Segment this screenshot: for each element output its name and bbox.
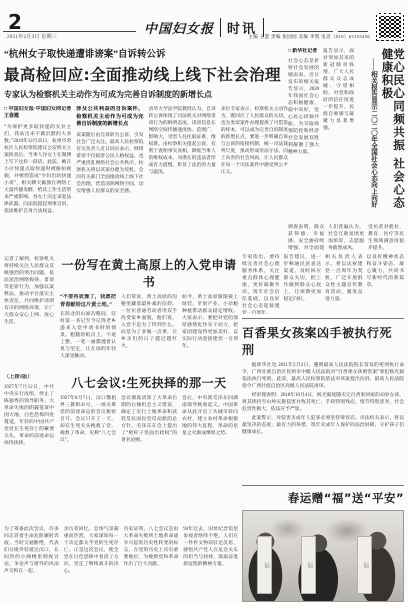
body-text: 94年过去，旧址纪念馆里参观者络绎不绝。人们在一件件文物前驻足沉思，感悟共产党人…	[183, 526, 238, 596]
article-main-byline: □ 中国妇女报·中国妇女网记者 王春霞	[4, 106, 71, 121]
photo-banner: 福	[257, 536, 272, 594]
body-text: 历史证明，八七会议是由大革命失败到土地革命战争兴起的历史性转变的标志，在党的历史…	[124, 526, 179, 596]
article-mood-col2: 报告显示，面对突如其来的新冠肺炎疫情，广大人民群众众志成城、守望相助，对党和政府…	[323, 48, 354, 220]
body-text: 相关负责人表示，将以庆祝建党一百周年为契机，广泛开展群众性主题宣传教育活动，激发…	[325, 254, 363, 314]
article-mood-cont1: 调查表明，群众获得感、幸福感、安全感持续增强，对全面建成小康社会充满信心。 人们…	[288, 224, 404, 250]
page-number: 2	[8, 12, 22, 32]
article-main-kicker: “杭州女子取快递遭诽谤案”自诉转公诉	[4, 46, 288, 60]
body-text: 人们普遍认为，社会互助氛围更加浓厚，志愿服务蔚然成风。	[328, 224, 364, 250]
article-baqi-headline: 八七会议:生死抉择的那一天	[60, 374, 238, 391]
article-huangtu-col3: 如今，黄土高原渐渐披上绿装，苹果产业、小杂粮种植带动群众稳定增收。大家表示，要把…	[182, 294, 238, 386]
date-text: 2021年2月3日	[7, 35, 40, 40]
article-main-headline: 最高检回应:全面推动线上线下社会治理	[4, 63, 288, 85]
article-main: “杭州女子取快递遭诽谤案”自诉转公诉 最高检回应:全面推动线上线下社会治理 专家…	[4, 46, 288, 252]
article-baqi: （上接1版） 1927年7月12日，中共中央实行改组，停止了陈独秀的领导职务。大…	[4, 374, 238, 520]
body-text: 经审理查明：2018年10月4日，杨光毅尾随卖完百香果回家的10岁女孩，将其挟持…	[242, 392, 404, 413]
body-text: 亲历者回忆，会场气氛凝重而热烈，大家深知每一个决定都关乎党的生死存亡。正是这次会…	[64, 526, 119, 596]
article-main-cont-col: 记者了解到，检察机关将持续关注人民群众反映强烈的突出问题，依法惩治网络侮辱、诽谤…	[4, 256, 54, 370]
article-mood-vertical-block: 党心民心同频共振 社会心态健康积极 ——相关报告显示二〇二〇年全国社会心态向上向…	[358, 48, 404, 220]
article-chunyun: 春运赠“福”送“平安” 福 福 福	[242, 490, 404, 598]
article-mood-subheadline: ——相关报告显示二〇二〇年全国社会心态向上向好	[369, 48, 378, 230]
article-main-col1: □ 中国妇女报·中国妇女网记者 王春霞 “为保护更多取快递的女业主们，我站出来不…	[4, 106, 71, 250]
section-divider	[242, 318, 404, 319]
article-baqi-col1: 1927年8月7日，汉口俄租界三教街41号，一场关系党的前途命运的会议秘密召开。…	[60, 395, 116, 517]
article-mood-cont2: 专家指出，要持续完善社会心理服务体系，关注重点群体心理健康，更好凝聚共识，筑牢社…	[242, 254, 404, 314]
body-text: 为了筹备此次会议，许多同志冒着生命危险辗转奔波。当时交通断绝，代表们分批乔装抵达…	[4, 526, 59, 596]
editor-credits: 主编 王慧 责编 张园园 美编 李凯 电话（010）65103456	[248, 34, 370, 40]
article-main-deck: 专家认为检察机关主动作为可成为完善自诉制度的新增长点	[4, 89, 288, 100]
article-mood: □ 新华社记者 社会心态是折射社会发展的晴雨表。近日发布的相关报告显示，2020…	[288, 48, 404, 220]
article-baqi-left-col: （上接1版） 1927年7月12日，中共中央实行改组，停止了陈独秀的领导职务。大…	[4, 374, 54, 520]
article-mood-byline: □ 新华社记者	[288, 48, 319, 55]
body-text: 1927年7月12日，中共中央实行改组，停止了陈独秀的领导职务。大革命失败的阴霾…	[4, 385, 54, 446]
body-text: 据新华社电 2021年2月2日，遵照最高人民法院院长签发的死刑执行命令，广西壮族…	[242, 362, 404, 390]
article-huangtu-col2: 人们常说，黄土高原的沟壑里藏着最朴素的信仰。一位位普通劳动者用双手改变家乡面貌，…	[121, 294, 177, 386]
article-chunyun-headline: 春运赠“福”送“平安”	[242, 490, 404, 506]
article-baqi-col2: 会议彻底清算了大革命后期的右倾机会主义错误，确定了实行土地革命和武装反抗国民党反…	[121, 395, 177, 517]
qr-code-icon	[376, 13, 404, 41]
photo-banner: 福	[301, 536, 316, 594]
newspaper-page: 2 2021年2月3日 星期三 中国妇女报 时讯 主编 王慧 责编 张园园 美编…	[0, 0, 408, 602]
article-main-col3: 清华大学法学院教授认为，自诉转公诉体现了司法机关对网络诽谤行为的鲜明态度。诽谤信…	[149, 106, 216, 250]
article-passionfruit-headline: 百香果女孩案凶手被执行死刑	[242, 324, 404, 358]
article-mood-headline: 党心民心同频共振 社会心态健康积极	[381, 48, 404, 220]
body-text: 该案随后由自诉转为公诉，引发社会广泛关注。最高人民检察院有关负责人近日回应表示，…	[76, 133, 143, 194]
news-photo: 福 福 福	[242, 510, 404, 602]
body-text: 社会心态是折射社会发展的晴雨表。近日发布的相关报告显示，2020年我国社会心态积…	[288, 59, 319, 155]
body-text: 报告建议，进一步畅通民意表达渠道，及时回应群众关切，把工作做到群众心坎上，让预期…	[284, 254, 322, 314]
article-mood-col1: □ 新华社记者 社会心态是折射社会发展的晴雨表。近日发布的相关报告显示，2020…	[288, 48, 319, 220]
body-text: 在陕北的山峁沟壑间，驻村第一书记至今记得老乡递来入党申请书时的情景。粗糙的纸页上…	[60, 312, 116, 359]
body-text: 专家指出，要持续完善社会心理服务体系，关注重点群体心理健康，更好凝聚共识，筑牢社…	[242, 254, 280, 314]
article-huangtu-col1: “不要再犹豫了，我愿把青春献给这片黄土地。” 在陕北的山峁沟壑间，驻村第一书记至…	[60, 294, 116, 386]
masthead-brand: 中国妇女报	[144, 18, 214, 37]
continued-from-marker: （上接1版）	[4, 374, 54, 382]
body-text: 调查表明，群众获得感、幸福感、安全感持续增强，对全面建成小康社会充满信心。	[288, 224, 324, 250]
article-baqi-col3: 会后，中央派毛泽东回湖南领导秋收起义。中国革命从此开启了从城市转向农村、建立农村…	[182, 395, 238, 517]
header-rule-right	[338, 31, 368, 32]
article-baqi-bottom-band: 为了筹备此次会议，许多同志冒着生命危险辗转奔波。当时交通断绝，代表们分批乔装抵达…	[4, 526, 238, 596]
article-huangtu: 记者了解到，检察机关将持续关注人民群众反映强烈的突出问题，依法惩治网络侮辱、诽谤…	[4, 256, 238, 370]
article-main-col2: 涉及公共利益的自诉案件，检察机关主动作为可成为完善自诉制度的新增长点 该案随后由…	[76, 106, 143, 250]
article-main-col4: 多位专家表示，检察机关主动作为，既回应了人民群众的关切，也为类似案件办理提供了可…	[221, 106, 288, 250]
body-text: 此案警示，对侵害未成年人犯罪必须坚持零容忍。司法机关表示，将以最坚决的态度、最有…	[242, 415, 404, 436]
article-passionfruit: 百香果女孩案凶手被执行死刑 据新华社电 2021年2月2日，遵照最高人民法院院长…	[242, 324, 404, 482]
photo-banner: 福	[357, 536, 372, 594]
article-main-inline-subhead: 涉及公共利益的自诉案件，检察机关主动作为可成为完善自诉制度的新增长点	[76, 106, 143, 129]
body-text: “为保护更多取快递的女业主们，我站出来不做沉默的大多数。”2020年12月25日…	[4, 125, 71, 214]
article-huangtu-quote: “不要再犹豫了，我愿把青春献给这片黄土地。”	[60, 294, 116, 309]
article-huangtu-headline: 一份写在黄土高原上的入党申请书	[60, 256, 238, 290]
page-date: 2021年2月3日 星期三	[7, 33, 57, 40]
body-text: 以良好精神状态和奋斗姿态，凝心聚力，共同书写新时代的新篇章。	[367, 254, 405, 314]
body-text: 受访者对就业、教育、医疗等民生领域满意度稳步提升。	[368, 224, 404, 250]
weekday-text: 星期三	[41, 35, 57, 40]
